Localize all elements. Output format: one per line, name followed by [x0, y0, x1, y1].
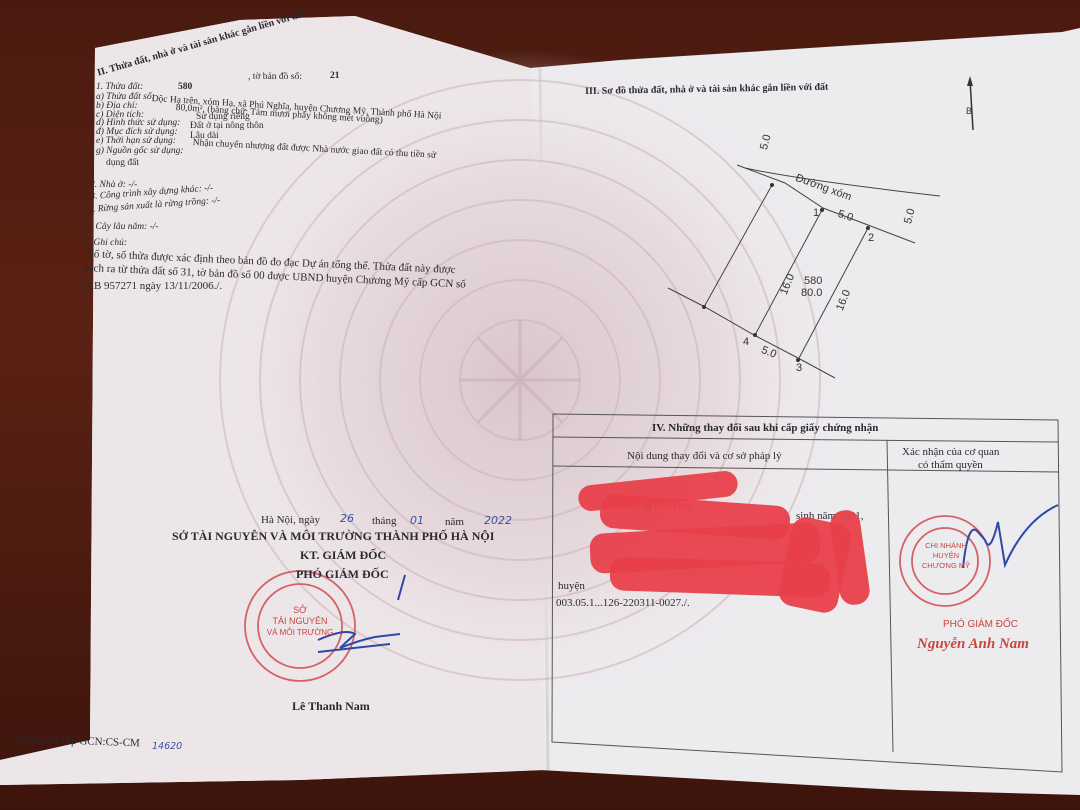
date-year-label: năm — [445, 516, 464, 528]
col-confirm-header-2: có thẩm quyền — [918, 459, 983, 471]
note-line-3: AB 957271 ngày 13/11/2006./. — [86, 280, 222, 292]
map-sheet-number: 21 — [330, 71, 340, 81]
section-iv-title: IV. Những thay đổi sau khi cấp giấy chứn… — [652, 422, 878, 434]
parcel-area-label: 80.0 — [801, 287, 822, 299]
deputy-director: PHÓ GIÁM ĐỐC — [296, 567, 389, 582]
point-2: 2 — [868, 232, 874, 244]
origin-label: g) Nguồn gốc sử dụng: — [96, 146, 184, 156]
perennial-item: 5. Cây lâu năm: -/- — [86, 222, 159, 232]
point-4: 4 — [743, 336, 749, 348]
signer-name: Lê Thanh Nam — [292, 699, 370, 714]
change-fragment-4: 003.05.1...126-220311-0027./. — [556, 597, 690, 609]
confirm-title: PHÓ GIÁM ĐỐC — [943, 619, 1018, 630]
date-month: 01 — [410, 514, 424, 527]
col-confirm-header-1: Xác nhận của cơ quan — [902, 446, 999, 458]
branch-seal: CHI NHÁNH HUYỆN CHƯƠNG MỸ — [912, 541, 980, 571]
certificate-photo: II. Thửa đất, nhà ở và tài sản khác gắn … — [0, 0, 1080, 810]
date-prefix: Hà Nội, ngày — [261, 514, 320, 526]
hanoi-seal: SỞ TÀI NGUYÊN VÀ MÔI TRƯỜNG — [258, 605, 342, 638]
date-year: 2022 — [484, 514, 512, 527]
parcel-no-value: 580 — [178, 82, 192, 92]
use-purpose-value: Đất ở tại nông thôn — [190, 121, 264, 131]
parcel-heading: 1. Thửa đất: — [96, 82, 143, 92]
point-3: 3 — [796, 362, 802, 374]
change-fragment-3: huyện — [558, 580, 585, 592]
origin-value-cont: dụng đất — [106, 158, 139, 168]
parcel-number-label: 580 — [804, 275, 822, 287]
col-changes-header: Nội dung thay đổi và cơ sở pháp lý — [627, 450, 782, 462]
date-month-label: tháng — [372, 515, 396, 527]
notes-heading: 6. Ghi chú: — [84, 238, 127, 248]
confirm-name: Nguyễn Anh Nam — [917, 636, 1029, 653]
use-term-label: e) Thời hạn sử dụng: — [96, 136, 176, 146]
point-1: 1 — [813, 207, 819, 219]
kt-director: KT. GIÁM ĐỐC — [300, 548, 386, 563]
date-day: 26 — [340, 512, 354, 525]
map-sheet-label: , tờ bản đồ số: — [248, 72, 302, 82]
registry-number: 14620 — [152, 741, 182, 752]
agency-name: SỞ TÀI NGUYÊN VÀ MÔI TRƯỜNG THÀNH PHỐ HÀ… — [172, 529, 494, 544]
north-label: B — [966, 106, 972, 116]
